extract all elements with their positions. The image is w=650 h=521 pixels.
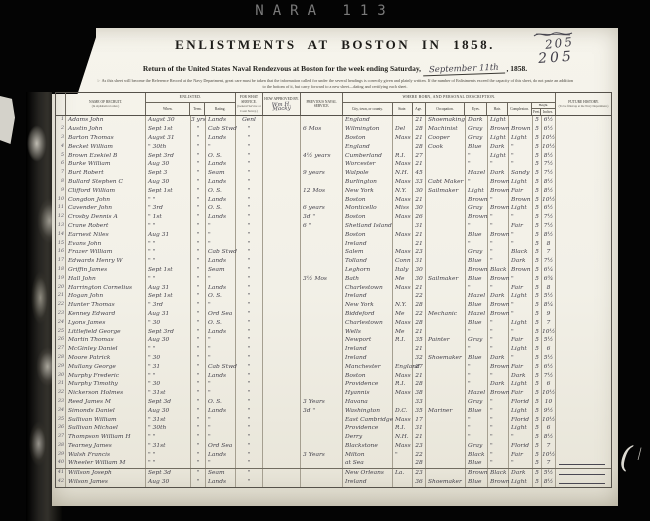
cell-st: Mass (393, 248, 413, 257)
cell-in: 8½ (542, 178, 556, 187)
cell-eyes: " (466, 424, 488, 433)
cell-in: 6½ (542, 125, 556, 134)
cell-hair: Brown (488, 478, 509, 487)
cell-age: 27 (413, 363, 426, 372)
cell-cmp: " (509, 328, 533, 337)
subtitle-text: Return of the United States Naval Rendez… (143, 64, 421, 73)
cell-eyes: Light (466, 187, 488, 196)
cell-st: Mass (393, 442, 413, 451)
col-born-group: WHERE BORN, AND PERSONAL DESCRIPTION. Ci… (343, 93, 556, 115)
cell-term: " (191, 389, 206, 398)
cell-prev: 4½ years (301, 152, 343, 161)
cell-st: Me (393, 328, 413, 337)
cell-term: " (191, 424, 206, 433)
cell-hair: " (488, 424, 509, 433)
cell-cmp: Dark (509, 469, 533, 478)
cell-cmp: " (509, 459, 533, 468)
cell-app (263, 398, 301, 407)
cell-hair: " (488, 222, 509, 231)
cell-app (263, 266, 301, 275)
cell-ft: 5 (533, 469, 542, 478)
cell-svc: " (236, 407, 263, 416)
cell-age: 30 (413, 187, 426, 196)
cell-st (393, 222, 413, 231)
cell-when: " " (146, 196, 191, 205)
cell-app (263, 433, 301, 442)
cell-cmp: Light (509, 319, 533, 328)
cell-city: England (343, 143, 393, 152)
cell-st: N.Y. (393, 301, 413, 310)
cell-svc: " (236, 231, 263, 240)
table-row: 2Austin JohnSept 1st"Cab Stwd"6 MosWilmi… (56, 125, 611, 134)
cell-name: Nickerson Holmes (66, 389, 146, 398)
cell-svc: " (236, 389, 263, 398)
cell-hair: Dark (488, 292, 509, 301)
cell-city: Charlestown (343, 284, 393, 293)
cell-prev (301, 248, 343, 257)
cell-n: 26 (56, 336, 66, 345)
cell-when: Sept 1st (146, 292, 191, 301)
cell-name: Hogan John (66, 292, 146, 301)
cell-app (263, 354, 301, 363)
cell-n: 13 (56, 222, 66, 231)
cell-eyes: " (466, 240, 488, 249)
cell-term: " (191, 231, 206, 240)
cell-name: Griffin James (66, 266, 146, 275)
cell-prev: 3 Years (301, 451, 343, 460)
cell-name: Bullard Stephen C (66, 178, 146, 187)
cell-svc: Genl (236, 116, 263, 125)
cell-city: Washington (343, 407, 393, 416)
cell-name: Thompson William H (66, 433, 146, 442)
cell-term: " (191, 442, 206, 451)
cell-st: Mass (393, 196, 413, 205)
cell-rating: O. S. (206, 292, 236, 301)
cell-term: " (191, 196, 206, 205)
cell-st: England (393, 363, 413, 372)
cell-cmp: Florid (509, 416, 533, 425)
cell-rating: Lands (206, 407, 236, 416)
cell-n: 11 (56, 204, 66, 213)
cell-term: " (191, 372, 206, 381)
cell-city: Burlington (343, 178, 393, 187)
cell-name: Willson Joseph (66, 469, 146, 478)
table-row: 38Tearney James" 31st"Ord Sea"Blackstone… (56, 442, 611, 451)
cell-occ: Shoemaker (426, 478, 466, 487)
cell-rating: Seam (206, 469, 236, 478)
cell-prev (301, 469, 343, 478)
cell-st: Mass (393, 134, 413, 143)
cell-rating: Lands (206, 134, 236, 143)
cell-city: Tolland (343, 257, 393, 266)
cell-age: 21 (413, 284, 426, 293)
cell-rating: Lands (206, 116, 236, 125)
cell-occ: Mariner (426, 407, 466, 416)
cell-ft: 5 (533, 319, 542, 328)
cell-eyes: " (466, 433, 488, 442)
cell-fut (556, 345, 611, 354)
cell-eyes: Black (466, 451, 488, 460)
cell-city: England (343, 116, 393, 125)
cell-svc: " (236, 459, 263, 468)
cell-eyes: " (466, 372, 488, 381)
cell-st: Del (393, 125, 413, 134)
cell-rating: O. S. (206, 398, 236, 407)
cell-city: Newport (343, 336, 393, 345)
cell-age: 27 (413, 152, 426, 161)
cell-prev (301, 328, 343, 337)
cell-ft: 5 (533, 380, 542, 389)
cell-ft: 5 (533, 354, 542, 363)
cell-st: " (393, 451, 413, 460)
cell-name: Earnest Niles (66, 231, 146, 240)
cell-occ (426, 469, 466, 478)
cell-cmp: " (509, 231, 533, 240)
col-eyes-header: Eyes. (465, 103, 487, 115)
cell-svc: " (236, 345, 263, 354)
cell-prev (301, 459, 343, 468)
cell-occ: Sailmaker (426, 275, 466, 284)
col-height-group: Height. Feet. Inches. (532, 103, 555, 115)
cell-hair: " (488, 398, 509, 407)
cell-ft: 5 (533, 160, 542, 169)
cell-city: Ireland (343, 345, 393, 354)
cell-in: 9 (542, 310, 556, 319)
cell-ft: 5 (533, 407, 542, 416)
cell-cmp: " (509, 240, 533, 249)
cell-svc: " (236, 152, 263, 161)
cell-occ (426, 152, 466, 161)
cell-eyes: " (466, 345, 488, 354)
cell-fut (556, 478, 611, 487)
cell-in: 7½ (542, 169, 556, 178)
cell-ft: 5 (533, 363, 542, 372)
cell-cmp: Fair (509, 187, 533, 196)
cell-when: " 30 (146, 380, 191, 389)
cell-prev (301, 257, 343, 266)
cell-occ (426, 257, 466, 266)
cell-ft: 5 (533, 442, 542, 451)
cell-app (263, 187, 301, 196)
cell-age: 21 (413, 196, 426, 205)
cell-term: " (191, 222, 206, 231)
cell-in: 8½ (542, 478, 556, 487)
cell-prev: 6 " (301, 222, 343, 231)
cell-term: " (191, 125, 206, 134)
cell-name: Tearney James (66, 442, 146, 451)
cell-age: 26 (413, 213, 426, 222)
cell-name: Martin Thomas (66, 336, 146, 345)
cell-when: " 30th (146, 143, 191, 152)
cell-prev (301, 336, 343, 345)
table-row: 17Edwards Henry W" ""Lands"TollandConn31… (56, 257, 611, 266)
cell-prev (301, 301, 343, 310)
cell-rating: " (206, 416, 236, 425)
cell-prev (301, 116, 343, 125)
cell-st: Mass (393, 178, 413, 187)
cell-city: Providence (343, 424, 393, 433)
cell-cmp: " (509, 433, 533, 442)
cell-n: 29 (56, 363, 66, 372)
cell-n: 30 (56, 372, 66, 381)
cell-hair: " (488, 451, 509, 460)
cell-term: " (191, 284, 206, 293)
cell-rating: Lands (206, 372, 236, 381)
table-row: 13Crane Robert" """"6 "Shetland Island31… (56, 222, 611, 231)
cell-app (263, 240, 301, 249)
cell-fut (556, 134, 611, 143)
col-hair-header: Hair. (487, 103, 508, 115)
cell-prev (301, 178, 343, 187)
cell-svc: " (236, 319, 263, 328)
cell-name: Harrington Cornelius (66, 284, 146, 293)
col-occupation-header: Occupation. (426, 103, 466, 115)
cell-eyes: Hazel (466, 310, 488, 319)
cell-st: Me (393, 275, 413, 284)
cell-cmp: " (509, 275, 533, 284)
cell-st: Me (393, 310, 413, 319)
cell-name: Sullivan William (66, 416, 146, 425)
cell-name: Brown Ezekiel B (66, 152, 146, 161)
cell-when: " 31st (146, 389, 191, 398)
cell-ft: 5 (533, 187, 542, 196)
cell-fut (556, 266, 611, 275)
cell-ft: 5 (533, 240, 542, 249)
cell-cmp: Fair (509, 363, 533, 372)
cell-term: " (191, 213, 206, 222)
cell-in: 6½ (542, 116, 556, 125)
cell-term: " (191, 178, 206, 187)
cell-svc: " (236, 433, 263, 442)
cell-n: 12 (56, 213, 66, 222)
cell-age: 28 (413, 459, 426, 468)
table-body: 1Adams JohnAugst 303 yrsLandsGenlEngland… (56, 116, 611, 486)
cell-prev (301, 363, 343, 372)
cell-st: Mass (393, 231, 413, 240)
table-row: 16Frazer William" ""Cab Stwd"SalemMass23… (56, 248, 611, 257)
cell-fut (556, 257, 611, 266)
col-enlisted-group: ENLISTED. When. Term. Rating. (146, 93, 236, 115)
cell-rating: Cab Stwd (206, 363, 236, 372)
cell-age: 35 (413, 407, 426, 416)
cell-n: 16 (56, 248, 66, 257)
cell-when: Augst 31 (146, 134, 191, 143)
cell-age: 17 (413, 416, 426, 425)
table-row: 21Hogan JohnSept 1st"O. S."Ireland22Haze… (56, 292, 611, 301)
cell-city: Hyannis (343, 389, 393, 398)
cell-app (263, 134, 301, 143)
cell-hair: Dark (488, 354, 509, 363)
cell-prev (301, 345, 343, 354)
cell-city: Derry (343, 433, 393, 442)
cell-prev (301, 478, 343, 487)
cell-age: 32 (413, 354, 426, 363)
cell-hair: " (488, 442, 509, 451)
cell-when: Sept 1st (146, 187, 191, 196)
cell-in: 6 (542, 345, 556, 354)
cell-rating: Cab Stwd (206, 248, 236, 257)
cell-when: Aug 31 (146, 284, 191, 293)
cell-prev (301, 292, 343, 301)
cell-fut (556, 178, 611, 187)
cell-name: Littlefield George (66, 328, 146, 337)
cell-when: " 3rd (146, 301, 191, 310)
cell-city: Wells (343, 328, 393, 337)
table-row: 27McGinley Daniel" """"Ireland21""Light5… (56, 345, 611, 354)
cell-prev: 3½ Mos (301, 275, 343, 284)
cell-in: 6¼ (542, 266, 556, 275)
cell-eyes: " (466, 284, 488, 293)
cell-occ (426, 231, 466, 240)
cell-when: " " (146, 433, 191, 442)
cell-cmp: " (509, 310, 533, 319)
cell-fut (556, 363, 611, 372)
cell-city: New York (343, 301, 393, 310)
cell-fut (556, 204, 611, 213)
cell-prev (301, 196, 343, 205)
cell-when: Sept 3d (146, 469, 191, 478)
cell-city: Boston (343, 372, 393, 381)
cell-age: 22 (413, 292, 426, 301)
cell-cmp: Brown (509, 125, 533, 134)
cell-when: " 31st (146, 416, 191, 425)
table-row: 18Griffin JamesSept 1st"Seam"LeghornItal… (56, 266, 611, 275)
cell-age: 33 (413, 178, 426, 187)
cell-age: 30 (413, 275, 426, 284)
cell-hair: Brown (488, 301, 509, 310)
microfilm-scan: NARA 113 ( | ENLISTMENTS AT BOSTON IN 18… (0, 0, 650, 521)
cell-occ (426, 459, 466, 468)
cell-st: Mass (393, 319, 413, 328)
cell-n: 19 (56, 275, 66, 284)
cell-term: " (191, 292, 206, 301)
table-row: 30Murphy Frederic" ""Lands"BostonMass21"… (56, 372, 611, 381)
cell-eyes: " (466, 363, 488, 372)
cell-app (263, 459, 301, 468)
cell-ft: 5 (533, 204, 542, 213)
cell-app (263, 222, 301, 231)
cell-fut (556, 248, 611, 257)
cell-occ (426, 398, 466, 407)
cell-name: Murphy Timothy (66, 380, 146, 389)
cell-hair: Brown (488, 310, 509, 319)
cell-city: Monticello (343, 204, 393, 213)
cell-occ (426, 292, 466, 301)
cell-rating: Lands (206, 178, 236, 187)
cell-ft: 5 (533, 424, 542, 433)
cell-cmp: Dark (509, 372, 533, 381)
cell-svc: " (236, 310, 263, 319)
cell-term: " (191, 469, 206, 478)
cell-svc: " (236, 248, 263, 257)
cell-in: 8¼ (542, 301, 556, 310)
cell-city: Boston (343, 231, 393, 240)
cell-app (263, 196, 301, 205)
enlistment-table: NAME OF RECRUIT. (In alphabetical order.… (55, 92, 612, 488)
cell-ft: 5 (533, 196, 542, 205)
cell-name: Becket William (66, 143, 146, 152)
cell-prev (301, 310, 343, 319)
cell-rating: " (206, 380, 236, 389)
cell-occ (426, 196, 466, 205)
cell-eyes: " (466, 178, 488, 187)
cell-fut (556, 469, 611, 478)
cell-name: Hunter Thomas (66, 301, 146, 310)
cell-occ: Shoemaker (426, 354, 466, 363)
cell-in: 6½ (542, 204, 556, 213)
cell-city: Havana (343, 398, 393, 407)
cell-in: 8½ (542, 433, 556, 442)
cell-rating: " (206, 389, 236, 398)
cell-fut (556, 284, 611, 293)
cell-name: Edwards Henry W (66, 257, 146, 266)
cell-term: " (191, 416, 206, 425)
col-previous-service-header: PREVIOUS NAVAL SERVICE. (301, 93, 343, 115)
cell-app (263, 380, 301, 389)
cell-n: 20 (56, 284, 66, 293)
cell-term: 3 yrs (191, 116, 206, 125)
cell-st (393, 345, 413, 354)
cell-term: " (191, 152, 206, 161)
table-row: 25Littlefield GeorgeSept 3rd"Lands"Wells… (56, 328, 611, 337)
cell-hair: " (488, 213, 509, 222)
cell-city: at Sea (343, 459, 393, 468)
cell-name: Simonds Daniel (66, 407, 146, 416)
cell-app (263, 389, 301, 398)
cell-n: 14 (56, 231, 66, 240)
cell-prev (301, 266, 343, 275)
cell-occ (426, 319, 466, 328)
cell-cmp: " (509, 143, 533, 152)
cell-in: 7½ (542, 160, 556, 169)
cell-cmp: Fair (509, 389, 533, 398)
cell-when: " 1st (146, 213, 191, 222)
cell-app (263, 178, 301, 187)
cell-fut (556, 407, 611, 416)
cell-rating: " (206, 345, 236, 354)
cell-fut (556, 125, 611, 134)
cell-when: Sept 1st (146, 266, 191, 275)
cell-n: 38 (56, 442, 66, 451)
cell-app (263, 213, 301, 222)
cell-ft: 5 (533, 169, 542, 178)
cell-term: " (191, 363, 206, 372)
cell-hair: Brown (488, 178, 509, 187)
cell-when: " " (146, 345, 191, 354)
subtitle-year: , 1858. (507, 64, 528, 73)
cell-fut (556, 240, 611, 249)
cell-city: Ireland (343, 292, 393, 301)
cell-app (263, 284, 301, 293)
table-row: 29Mullany George" 31"Cab Stwd"Manchester… (56, 363, 611, 372)
cell-svc: " (236, 125, 263, 134)
cell-city: Manchester (343, 363, 393, 372)
cell-st (393, 398, 413, 407)
cell-name: McGinley Daniel (66, 345, 146, 354)
cell-svc: " (236, 424, 263, 433)
cell-in: 7½ (542, 257, 556, 266)
cell-n: 25 (56, 328, 66, 337)
cell-when: Sept 3rd (146, 328, 191, 337)
cell-hair: Brown (488, 363, 509, 372)
cell-n: 40 (56, 459, 66, 468)
cell-occ (426, 284, 466, 293)
cell-hair: Black (488, 469, 509, 478)
col-rating-header: Rating. (205, 103, 235, 115)
cell-in: 10½ (542, 389, 556, 398)
cell-ft: 5 (533, 478, 542, 487)
cell-fut (556, 169, 611, 178)
